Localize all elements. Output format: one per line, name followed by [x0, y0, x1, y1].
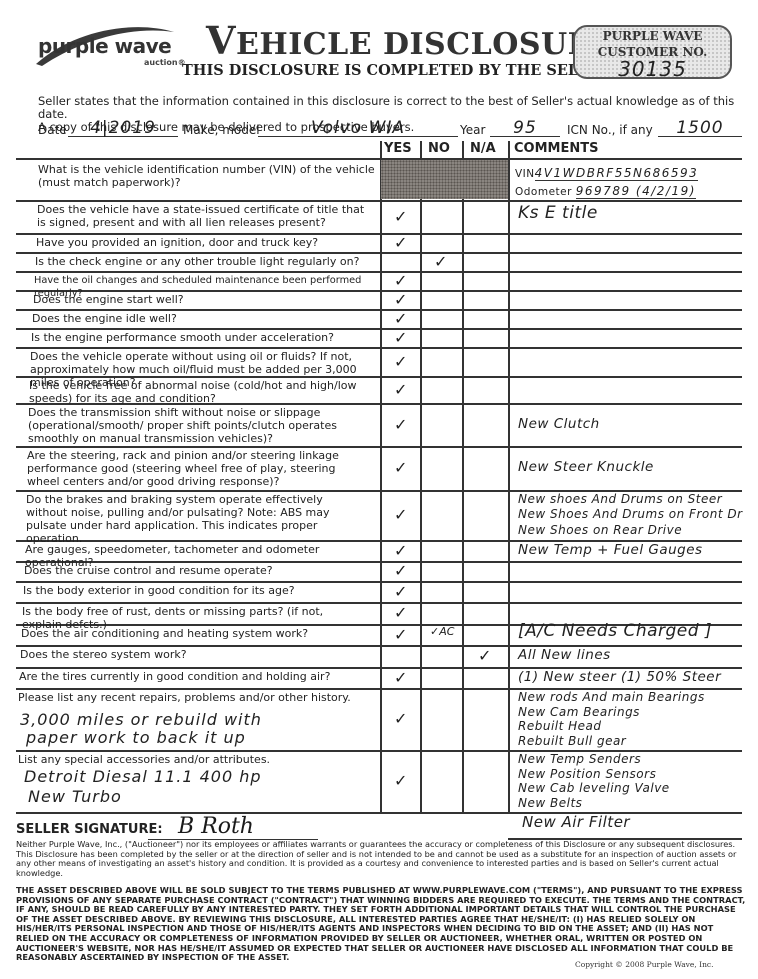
col-na: N/A — [470, 141, 496, 159]
repairs-answer-line-1[interactable]: 3,000 miles or rebuild with — [20, 710, 262, 729]
question-text: Do the brakes and braking system operate… — [26, 493, 364, 545]
col-yes: YES — [384, 141, 412, 159]
vin-row: VIN4V1WDBRF55N686593 — [515, 167, 698, 180]
date-label: Date — [38, 123, 67, 137]
comment-line[interactable]: Rebuilt Bull gear — [518, 735, 626, 747]
column-divider — [380, 141, 382, 812]
icn-field[interactable]: 1500 — [658, 118, 742, 137]
checkmark-icon[interactable]: ✓ — [394, 233, 407, 252]
checkmark-icon[interactable]: ✓ — [394, 380, 407, 399]
comment-text[interactable]: Ks E title — [518, 207, 598, 219]
question-text: Is the vehicle free of abnormal noise (c… — [29, 379, 367, 405]
row-divider — [16, 328, 742, 330]
question-text: Is the check engine or any other trouble… — [35, 255, 373, 268]
question-text: Does the vehicle have a state-issued cer… — [37, 203, 375, 229]
row-divider — [16, 446, 742, 448]
checkmark-icon[interactable]: ✓ — [394, 458, 407, 477]
col-comments: COMMENTS — [514, 141, 598, 159]
comment-line[interactable]: New shoes And Drums on Steer — [518, 493, 722, 505]
question-text: Does the stereo system work? — [20, 648, 358, 661]
accessories-answer-line-2[interactable]: New Turbo — [28, 787, 122, 806]
question-text: Are the steering, rack and pinion and/or… — [27, 449, 365, 488]
comment-line[interactable]: New Shoes And Drums on Front Dr — [518, 508, 743, 520]
row-divider — [16, 252, 742, 254]
odometer-value[interactable]: 969789 (4/2/19) — [576, 184, 696, 199]
page-subtitle: THIS DISCLOSURE IS COMPLETED BY THE SELL… — [182, 62, 616, 79]
question-text: Please list any recent repairs, problems… — [18, 691, 356, 704]
extra-comment[interactable]: New Air Filter — [522, 816, 630, 828]
checkmark-icon[interactable]: ✓ — [394, 290, 407, 309]
checkmark-icon[interactable]: ✓ — [394, 328, 407, 347]
purple-wave-logo: purple wave auction® — [34, 20, 184, 70]
checkmark-icon[interactable]: ✓ — [394, 709, 407, 728]
make-model-field[interactable]: Volvo WIA — [258, 118, 458, 137]
vin-shaded-cells — [381, 160, 508, 199]
comment-line[interactable]: New rods And main Bearings — [518, 691, 705, 703]
row-divider — [16, 347, 742, 349]
accessories-answer-line-1[interactable]: Detroit Diesal 11.1 400 hp — [24, 767, 262, 786]
column-divider — [462, 141, 464, 812]
customer-number: 30135 — [575, 59, 730, 79]
checkmark-icon[interactable]: ✓ — [434, 252, 447, 271]
comment-text[interactable]: New Temp + Fuel Gauges — [518, 544, 703, 556]
comment-text[interactable]: (1) New steer (1) 50% Steer — [518, 671, 721, 683]
icn-label: ICN No., if any — [567, 123, 653, 137]
question-text: List any special accessories and/or attr… — [18, 753, 356, 766]
checkmark-icon[interactable]: ✓ — [478, 646, 491, 665]
col-no: NO — [428, 141, 450, 159]
no-column-note: ✓AC — [430, 625, 454, 638]
checkmark-icon[interactable]: ✓ — [394, 352, 407, 371]
seller-signature-label: SELLER SIGNATURE: — [16, 822, 163, 837]
row-divider — [16, 233, 742, 235]
checkmark-icon[interactable]: ✓ — [394, 309, 407, 328]
question-text: Is the body exterior in good condition f… — [23, 584, 361, 597]
comment-text[interactable]: All New lines — [518, 649, 611, 661]
odometer-row: Odometer 969789 (4/2/19) — [515, 185, 696, 198]
checkmark-icon[interactable]: ✓ — [394, 603, 407, 622]
comment-line[interactable]: New Cam Bearings — [518, 706, 640, 718]
comment-line[interactable]: Rebuilt Head — [518, 720, 602, 732]
column-divider — [420, 141, 422, 812]
disclaimer-text: Neither Purple Wave, Inc., ("Auctioneer"… — [16, 840, 742, 878]
customer-number-stamp: PURPLE WAVE CUSTOMER NO. 30135 — [573, 25, 732, 79]
row-divider — [16, 309, 742, 311]
question-text: Is the engine performance smooth under a… — [31, 331, 369, 344]
comment-line[interactable]: New Position Sensors — [518, 768, 656, 780]
year-label: Year — [460, 123, 485, 137]
make-model-label: Make, model — [183, 123, 260, 137]
row-divider — [16, 602, 742, 604]
vin-value[interactable]: 4V1WDBRF55N686593 — [535, 166, 699, 181]
comment-line[interactable]: New Cab leveling Valve — [518, 782, 670, 794]
checkmark-icon[interactable]: ✓ — [394, 771, 407, 790]
checkmark-icon[interactable]: ✓ — [394, 415, 407, 434]
date-field[interactable]: 4|2019 — [68, 118, 178, 137]
checkmark-icon[interactable]: ✓ — [394, 625, 407, 644]
checkmark-icon[interactable]: ✓ — [394, 582, 407, 601]
checkmark-icon[interactable]: ✓ — [394, 668, 407, 687]
question-text: What is the vehicle identification numbe… — [38, 163, 376, 189]
question-text: Does the air conditioning and heating sy… — [21, 627, 359, 640]
column-divider — [508, 141, 510, 812]
comment-line[interactable]: New Temp Senders — [518, 753, 641, 765]
logo-brand: purple wave — [38, 34, 171, 58]
row-divider — [16, 645, 742, 647]
question-text: Does the cruise control and resume opera… — [24, 564, 362, 577]
question-text: Are the tires currently in good conditio… — [19, 670, 357, 683]
question-text: Does the engine idle well? — [32, 312, 370, 325]
copyright: Copyright © 2008 Purple Wave, Inc. — [575, 960, 714, 969]
seller-signature[interactable]: B Roth — [178, 814, 254, 839]
table-top-rule — [16, 158, 742, 160]
year-field[interactable]: 95 — [490, 118, 560, 137]
checkmark-icon[interactable]: ✓ — [394, 561, 407, 580]
logo-sub: auction® — [144, 58, 186, 67]
comment-text[interactable]: [A/C Needs Charged ] — [518, 625, 712, 637]
comment-text[interactable]: New Steer Knuckle — [518, 461, 654, 473]
row-divider — [16, 200, 742, 202]
row-divider — [16, 271, 742, 273]
comment-text[interactable]: New Clutch — [518, 418, 600, 430]
question-text: Does the transmission shift without nois… — [28, 406, 366, 445]
page-title: VEHICLE DISCLOSURE — [206, 18, 616, 63]
checkmark-icon[interactable]: ✓ — [394, 541, 407, 560]
comment-line[interactable]: New Shoes on Rear Drive — [518, 524, 682, 536]
checkmark-icon[interactable]: ✓ — [394, 271, 407, 290]
checkmark-icon[interactable]: ✓ — [394, 505, 407, 524]
question-text: Does the engine start well? — [33, 293, 371, 306]
row-divider — [16, 812, 742, 814]
row-divider — [16, 581, 742, 583]
legal-terms: The asset described above will be sold s… — [16, 886, 746, 963]
comment-line[interactable]: New Belts — [518, 797, 582, 809]
checkmark-icon[interactable]: ✓ — [394, 207, 407, 226]
repairs-answer-line-2[interactable]: paper work to back it up — [26, 728, 246, 747]
question-text: Have you provided an ignition, door and … — [36, 236, 374, 249]
